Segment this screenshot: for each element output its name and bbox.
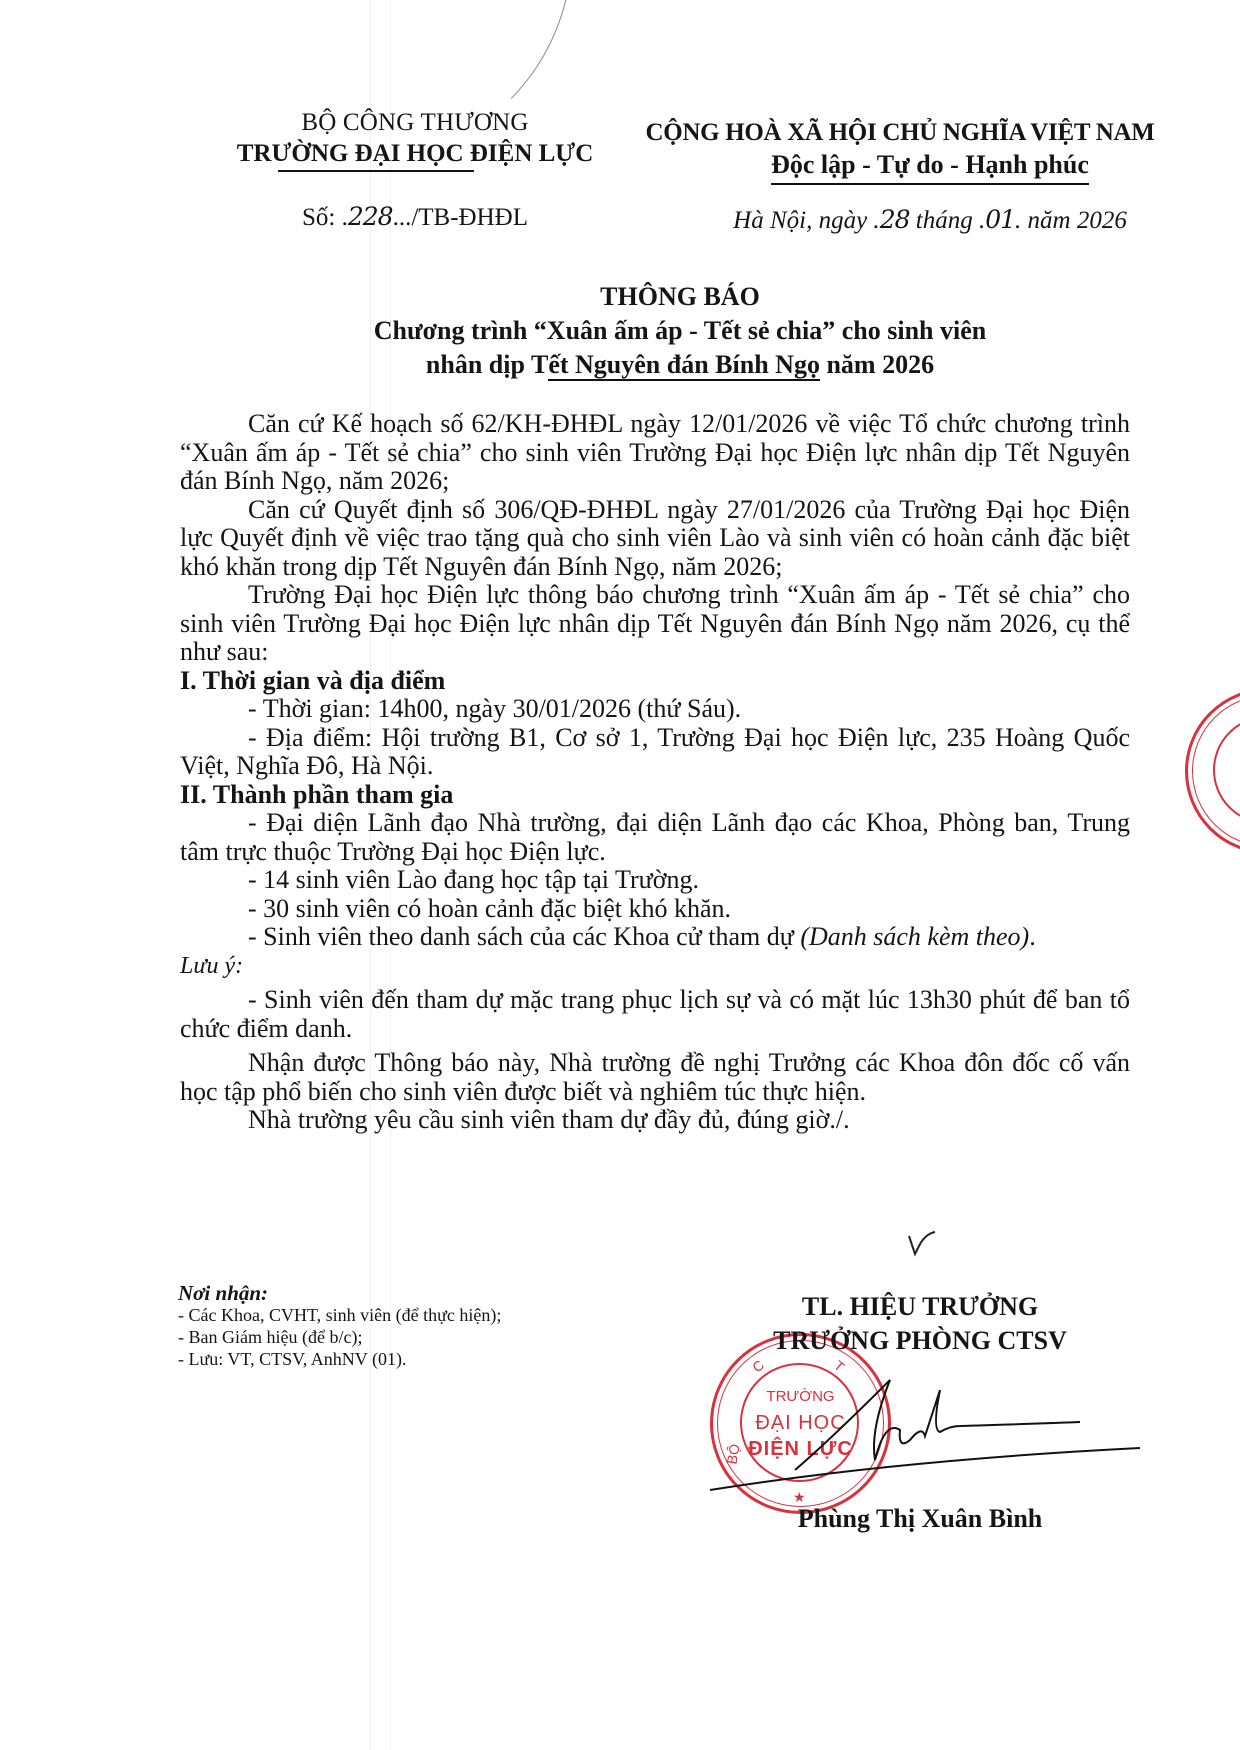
school-underline bbox=[278, 170, 474, 172]
document-body: Căn cứ Kế hoạch số 62/KH-ĐHĐL ngày 12/01… bbox=[180, 410, 1130, 1135]
event-place: - Địa điểm: Hội trường B1, Cơ sở 1, Trườ… bbox=[180, 724, 1130, 781]
participant-item: - Đại diện Lãnh đạo Nhà trường, đại diện… bbox=[180, 809, 1130, 866]
handwritten-number: 228 bbox=[348, 202, 393, 231]
section-1-heading: I. Thời gian và địa điểm bbox=[180, 667, 1130, 696]
handwritten-signature-icon bbox=[700, 1370, 1150, 1520]
initial-mark-icon bbox=[905, 1228, 945, 1258]
document-number: Số: .228.../TB-ĐHĐL bbox=[200, 202, 630, 232]
signer-authority: TL. HIỆU TRƯỞNG bbox=[720, 1290, 1120, 1324]
closing-paragraph-1: Nhận được Thông báo này, Nhà trường đề n… bbox=[180, 1049, 1130, 1106]
doc-type: THÔNG BÁO bbox=[300, 280, 1060, 314]
ministry-name: BỘ CÔNG THƯƠNG bbox=[200, 108, 630, 138]
recipient-item: - Lưu: VT, CTSV, AnhNV (01). bbox=[178, 1348, 638, 1370]
signature-block: TL. HIỆU TRƯỞNG TRƯỞNG PHÒNG CTSV Phùng … bbox=[720, 1290, 1120, 1358]
school-name: TRƯỜNG ĐẠI HỌC ĐIỆN LỰC bbox=[200, 138, 630, 170]
participant-item: - 14 sinh viên Lào đang học tập tại Trườ… bbox=[180, 866, 1130, 895]
legal-basis-1: Căn cứ Kế hoạch số 62/KH-ĐHĐL ngày 12/01… bbox=[180, 410, 1130, 496]
issue-date: Hà Nội, ngày .28 tháng .01. năm 2026 bbox=[690, 205, 1170, 235]
recipient-item: - Ban Giám hiệu (để b/c); bbox=[178, 1326, 638, 1348]
partial-seal bbox=[1185, 688, 1240, 854]
recipients-label: Nơi nhận: bbox=[178, 1282, 638, 1304]
legal-basis-2: Căn cứ Quyết định số 306/QĐ-ĐHĐL ngày 27… bbox=[180, 496, 1130, 582]
recipients-block: Nơi nhận: - Các Khoa, CVHT, sinh viên (đ… bbox=[178, 1282, 638, 1370]
country-name: CỘNG HOÀ XÃ HỘI CHỦ NGHĨA VIỆT NAM bbox=[630, 118, 1170, 148]
title-line-1: Chương trình “Xuân ấm áp - Tết sẻ chia” … bbox=[300, 314, 1060, 348]
section-2-heading: II. Thành phần tham gia bbox=[180, 781, 1130, 810]
participant-item: - Sinh viên theo danh sách của các Khoa … bbox=[180, 923, 1130, 952]
note-text: - Sinh viên đến tham dự mặc trang phục l… bbox=[180, 986, 1130, 1043]
national-heading: CỘNG HOÀ XÃ HỘI CHỦ NGHĨA VIỆT NAM Độc l… bbox=[630, 118, 1170, 235]
document-title: THÔNG BÁO Chương trình “Xuân ấm áp - Tết… bbox=[300, 280, 1060, 382]
title-line-2: nhân dịp Tết Nguyên đán Bính Ngọ năm 202… bbox=[300, 348, 1060, 382]
signer-position: TRƯỞNG PHÒNG CTSV bbox=[720, 1324, 1120, 1358]
recipient-item: - Các Khoa, CVHT, sinh viên (để thực hiệ… bbox=[178, 1304, 638, 1326]
closing-paragraph-2: Nhà trường yêu cầu sinh viên tham dự đầy… bbox=[180, 1106, 1130, 1135]
national-motto: Độc lập - Tự do - Hạnh phúc bbox=[771, 148, 1089, 185]
event-time: - Thời gian: 14h00, ngày 30/01/2026 (thứ… bbox=[180, 695, 1130, 724]
note-label: Lưu ý: bbox=[180, 952, 1130, 981]
participant-item: - 30 sinh viên có hoàn cảnh đặc biệt khó… bbox=[180, 895, 1130, 924]
intro-paragraph: Trường Đại học Điện lực thông báo chương… bbox=[180, 581, 1130, 667]
issuer-block: BỘ CÔNG THƯƠNG TRƯỜNG ĐẠI HỌC ĐIỆN LỰC S… bbox=[200, 108, 630, 232]
